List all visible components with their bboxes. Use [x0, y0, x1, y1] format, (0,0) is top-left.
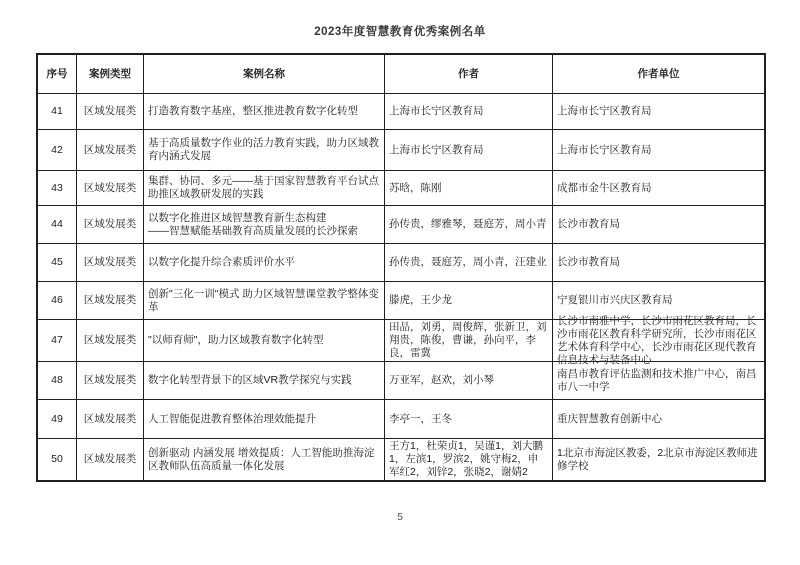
cell-type: 区域发展类 — [77, 206, 144, 243]
cell-authors: 孙传贵，聂庭芳，周小青，汪建业 — [385, 244, 553, 281]
cell-index: 46 — [38, 282, 77, 319]
table-row: 41区域发展类打造教育数字基座，整区推进教育数字化转型上海市长宁区教育局上海市长… — [38, 94, 764, 130]
cell-type: 区域发展类 — [77, 320, 144, 361]
cell-org: 长沙市南雅中学，长沙市雨花区教育局，长沙市雨花区教育科学研究所，长沙市雨花区艺术… — [553, 320, 764, 361]
cell-authors: 上海市长宁区教育局 — [385, 94, 553, 129]
cell-name: 人工智能促进教育整体治理效能提升 — [144, 400, 385, 438]
cell-type: 区域发展类 — [77, 94, 144, 129]
table-row: 45区域发展类以数字化提升综合素质评价水平孙传贵，聂庭芳，周小青，汪建业长沙市教… — [38, 244, 764, 282]
cell-name: 集群、协同、多元——基于国家智慧教育平台试点助推区域教研发展的实践 — [144, 171, 385, 205]
cell-org: 长沙市教育局 — [553, 244, 764, 281]
cell-authors: 万亚军，赵欢，刘小琴 — [385, 362, 553, 399]
cell-org: 上海市长宁区教育局 — [553, 130, 764, 170]
cell-type: 区域发展类 — [77, 171, 144, 205]
cell-index: 41 — [38, 94, 77, 129]
cell-authors: 王方1，杜荣贞1，吴谨1，刘大鹏1，左滨1，罗滨2，姚守梅2，申军红2，刘锌2，… — [385, 439, 553, 480]
column-header-index: 序号 — [38, 55, 77, 93]
document-title: 2023年度智慧教育优秀案例名单 — [0, 23, 800, 39]
table-row: 43区域发展类集群、协同、多元——基于国家智慧教育平台试点助推区域教研发展的实践… — [38, 171, 764, 206]
column-header-org: 作者单位 — [553, 55, 764, 93]
cell-authors: 孙传贵，缪雅琴，聂庭芳，周小青 — [385, 206, 553, 243]
cell-type: 区域发展类 — [77, 400, 144, 438]
table-row: 48区域发展类数字化转型背景下的区域VR教学探究与实践万亚军，赵欢，刘小琴南昌市… — [38, 362, 764, 400]
cases-table: 序号案例类型案例名称作者作者单位41区域发展类打造教育数字基座，整区推进教育数字… — [36, 53, 766, 482]
cell-index: 44 — [38, 206, 77, 243]
column-header-type: 案例类型 — [77, 55, 144, 93]
column-header-name: 案例名称 — [144, 55, 385, 93]
cell-index: 43 — [38, 171, 77, 205]
cell-type: 区域发展类 — [77, 282, 144, 319]
table-row: 42区域发展类基于高质量数字作业的活力教育实践，助力区域教育内涵式发展上海市长宁… — [38, 130, 764, 171]
table-row: 44区域发展类以数字化推进区域智慧教育新生态构建 ——智慧赋能基础教育高质量发展… — [38, 206, 764, 244]
cell-org: 南昌市教育评估监测和技术推广中心，南昌市八一中学 — [553, 362, 764, 399]
cell-org: 上海市长宁区教育局 — [553, 94, 764, 129]
cell-name: 基于高质量数字作业的活力教育实践，助力区域教育内涵式发展 — [144, 130, 385, 170]
cell-authors: 苏晗，陈刚 — [385, 171, 553, 205]
cell-name: "以师育师"，助力区域教育数字化转型 — [144, 320, 385, 361]
cell-type: 区域发展类 — [77, 362, 144, 399]
header-row: 序号案例类型案例名称作者作者单位 — [38, 55, 764, 94]
table-row: 49区域发展类人工智能促进教育整体治理效能提升李亭一，王冬重庆智慧教育创新中心 — [38, 400, 764, 439]
cell-type: 区域发展类 — [77, 244, 144, 281]
cell-name: 以数字化推进区域智慧教育新生态构建 ——智慧赋能基础教育高质量发展的长沙探索 — [144, 206, 385, 243]
cell-org: 宁夏银川市兴庆区教育局 — [553, 282, 764, 319]
cell-name: 以数字化提升综合素质评价水平 — [144, 244, 385, 281]
cell-name: 打造教育数字基座，整区推进教育数字化转型 — [144, 94, 385, 129]
cell-index: 49 — [38, 400, 77, 438]
page-number: 5 — [0, 511, 800, 523]
cell-index: 48 — [38, 362, 77, 399]
table-row: 47区域发展类"以师育师"，助力区域教育数字化转型田品，刘勇，周俊辉，张新卫，刘… — [38, 320, 764, 362]
cell-org: 1北京市海淀区教委，2北京市海淀区教师进修学校 — [553, 439, 764, 480]
cell-index: 45 — [38, 244, 77, 281]
cell-name: 创新驱动 内涵发展 增效提质：人工智能助推海淀区教师队伍高质量一体化发展 — [144, 439, 385, 480]
cell-authors: 滕虎，王少龙 — [385, 282, 553, 319]
cell-org: 长沙市教育局 — [553, 206, 764, 243]
cell-org: 重庆智慧教育创新中心 — [553, 400, 764, 438]
cell-index: 50 — [38, 439, 77, 480]
cell-index: 47 — [38, 320, 77, 361]
cell-type: 区域发展类 — [77, 130, 144, 170]
column-header-authors: 作者 — [385, 55, 553, 93]
cell-type: 区域发展类 — [77, 439, 144, 480]
cell-authors: 田品，刘勇，周俊辉，张新卫，刘翔贵，陈俊，曹谦，孙向平，李良，雷冀 — [385, 320, 553, 361]
cell-authors: 李亭一，王冬 — [385, 400, 553, 438]
cell-index: 42 — [38, 130, 77, 170]
table-row: 50区域发展类创新驱动 内涵发展 增效提质：人工智能助推海淀区教师队伍高质量一体… — [38, 439, 764, 480]
cell-authors: 上海市长宁区教育局 — [385, 130, 553, 170]
cell-name: 创新"三化一训"模式 助力区域智慧课堂教学整体变革 — [144, 282, 385, 319]
cell-name: 数字化转型背景下的区域VR教学探究与实践 — [144, 362, 385, 399]
cell-org: 成都市金牛区教育局 — [553, 171, 764, 205]
